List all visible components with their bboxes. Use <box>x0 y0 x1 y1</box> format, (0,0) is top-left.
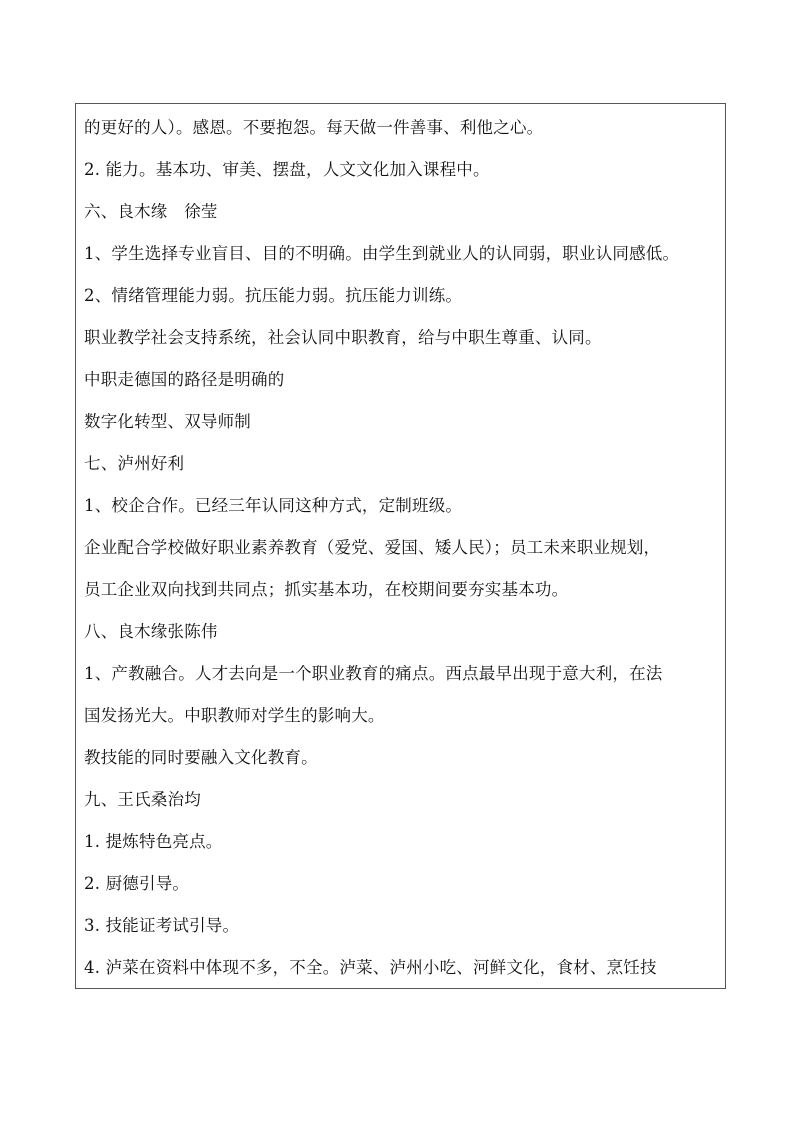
text-line: 员工企业双向找到共同点；抓实基本功，在校期间要夯实基本功。 <box>84 580 568 600</box>
text-line: 中职走德国的路径是明确的 <box>84 370 284 390</box>
section-heading: 六、良木缘 徐莹 <box>84 202 218 222</box>
text-line: 2、情绪管理能力弱。抗压能力弱。抗压能力训练。 <box>84 286 462 306</box>
text-line: 1、学生选择专业盲目、目的不明确。由学生到就业人的认同弱，职业认同感低。 <box>84 244 679 264</box>
text-line: 1、校企合作。已经三年认同这种方式，定制班级。 <box>84 496 462 516</box>
text-line: 职业教学社会支持系统，社会认同中职教育，给与中职生尊重、认同。 <box>84 328 602 348</box>
text-line: 教技能的同时要融入文化教育。 <box>84 748 318 768</box>
text-line: 2. 厨德引导。 <box>84 874 189 894</box>
text-line: 的更好的人）。感恩。不要抱怨。每天做一件善事、利他之心。 <box>84 118 543 138</box>
text-line: 国发扬光大。中职教师对学生的影响大。 <box>84 706 385 726</box>
text-line: 1. 提炼特色亮点。 <box>84 832 223 852</box>
text-line: 4. 泸菜在资料中体现不多，不全。泸菜、泸州小吃、河鲜文化，食材、烹饪技 <box>84 958 657 978</box>
content-table-cell: 的更好的人）。感恩。不要抱怨。每天做一件善事、利他之心。 2. 能力。基本功、审… <box>75 103 726 989</box>
text-line: 企业配合学校做好职业素养教育（爱党、爱国、矮人民）；员工未来职业规划， <box>84 538 660 558</box>
text-line: 2. 能力。基本功、审美、摆盘，人文文化加入课程中。 <box>84 160 490 180</box>
section-heading: 九、王氏桑治均 <box>84 790 201 810</box>
text-line: 3. 技能证考试引导。 <box>84 916 239 936</box>
text-line: 1、产教融合。人才去向是一个职业教育的痛点。西点最早出现于意大利，在法 <box>84 664 663 684</box>
text-line: 数字化转型、双导师制 <box>84 412 251 432</box>
section-heading: 七、泸州好利 <box>84 454 184 474</box>
section-heading: 八、良木缘张陈伟 <box>84 622 218 642</box>
